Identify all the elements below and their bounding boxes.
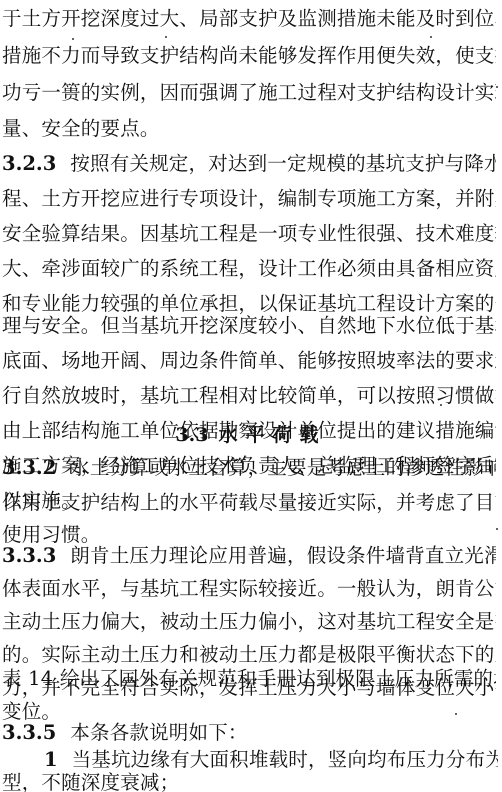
text-line: 3.3.5本条各款说明如下： xyxy=(2,718,496,748)
text-line: 3.2.3按照有关规定，对达到一定规模的基坑支护与降水工 xyxy=(2,149,496,179)
text-line: 功亏一篑的实例，因而强调了施工过程对支护结构设计实现中质 xyxy=(2,78,496,108)
clause-number: 3.3.2 xyxy=(2,456,56,479)
text-line: 措施不力而导致支护结构尚未能够发挥作用便失效，使支护工程 xyxy=(2,41,496,71)
text-line: 主动土压力偏大，被动土压力偏小，这对基坑工程安全是有利 xyxy=(2,607,496,637)
text-line: 理与安全。但当基坑开挖深度较小、自然地下水位低于基坑 xyxy=(2,311,496,341)
scan-speck xyxy=(455,713,457,715)
text-line: 量、安全的要点。 xyxy=(2,114,496,144)
clause-number: 3.3.5 xyxy=(2,721,56,744)
scan-speck xyxy=(440,404,442,406)
clause-number: 3.2.3 xyxy=(2,152,56,175)
text-line: 表 14 给出了国外有关规范和手册达到极限土压力所需的墙体 xyxy=(2,664,496,694)
text-line: 3.3.2水土分算或水土合算，主要是考虑土的渗透性影响，使 xyxy=(2,453,496,483)
text-line: 安全验算结果。因基坑工程是一项专业性很强、技术难度较 xyxy=(2,219,496,249)
text-line: 于土方开挖深度过大、局部支护及监测措施未能及时到位、预警 xyxy=(2,4,496,34)
scan-speck xyxy=(496,528,498,530)
text-line: 作用于支护结构上的水平荷载尽量接近实际，并考虑了目前国内 xyxy=(2,488,496,518)
text-line: 体表面水平，与基坑工程实际较接近。一般认为，朗肯公式计算 xyxy=(2,574,496,604)
section-heading: 3.3水平荷载 xyxy=(0,420,502,450)
text-line: 型，不随深度衰减； xyxy=(2,768,496,792)
text-line: 大、牵涉面较广的系统工程，设计工作必须由具备相应资质 xyxy=(2,254,496,284)
text-line: 底面、场地开阔、周边条件简单、能够按照坡率法的要求进 xyxy=(2,346,496,376)
text-line: 3.3.3朗肯土压力理论应用普遍，假设条件墙背直立光滑，土 xyxy=(2,541,496,571)
text-line: 行自然放坡时，基坑工程相对比较简单，可以按照习惯做法， xyxy=(2,381,496,411)
scan-speck xyxy=(250,398,252,400)
section-title: 水平荷载 xyxy=(219,424,327,446)
clause-text: 本条各款说明如下： xyxy=(70,721,247,744)
clause-text: 朗肯土压力理论应用普遍，假设条件墙背直立光滑，土 xyxy=(70,544,496,567)
text-line: 程、土方开挖应进行专项设计，编制专项施工方案，并附具 xyxy=(2,184,496,214)
scan-speck xyxy=(496,86,498,88)
scan-speck xyxy=(72,38,74,40)
scan-speck xyxy=(430,36,432,38)
scan-speck xyxy=(165,36,167,38)
clause-text: 水土分算或水土合算，主要是考虑土的渗透性影响，使 xyxy=(70,456,496,479)
clause-number: 3.3.3 xyxy=(2,544,56,567)
section-number: 3.3 xyxy=(175,424,208,446)
clause-text: 按照有关规定，对达到一定规模的基坑支护与降水工 xyxy=(70,152,496,175)
scan-speck xyxy=(480,430,482,432)
scanned-document-page: 于土方开挖深度过大、局部支护及监测措施未能及时到位、预警 措施不力而导致支护结构… xyxy=(0,0,502,792)
scan-speck xyxy=(300,430,302,432)
